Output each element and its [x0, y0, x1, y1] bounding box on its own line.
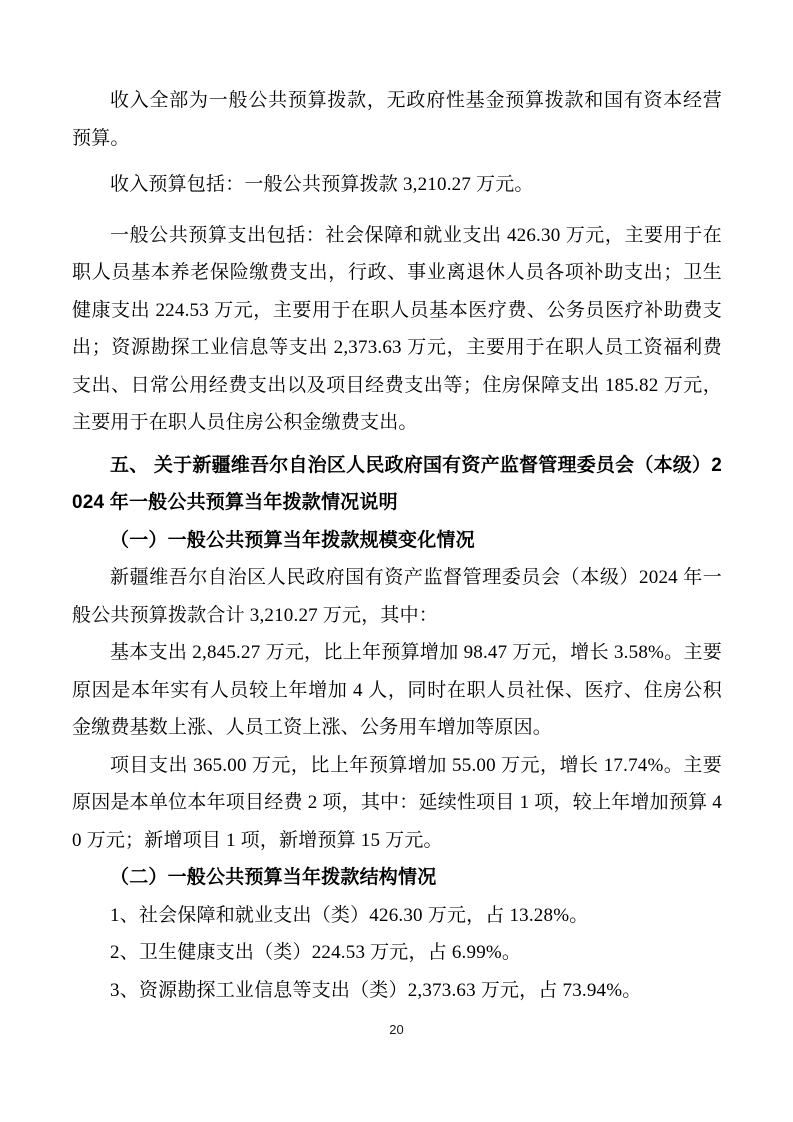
structure-item-1: 1、社会保障和就业支出（类）426.30 万元，占 13.28%。: [72, 897, 722, 935]
subsection-1-heading: （一）一般公共预算当年拨款规模变化情况: [72, 522, 722, 560]
page-number: 20: [0, 1022, 793, 1038]
document-body: 收入全部为一般公共预算拨款，无政府性基金预算拨款和国有资本经营预算。 收入预算包…: [0, 0, 793, 1009]
section-5-heading: 五、 关于新疆维吾尔自治区人民政府国有资产监督管理委员会（本级）2024 年一般…: [72, 447, 722, 522]
paragraph-income-source: 收入全部为一般公共预算拨款，无政府性基金预算拨款和国有资本经营预算。: [72, 82, 722, 157]
paragraph-basic-expense: 基本支出 2,845.27 万元，比上年预算增加 98.47 万元，增长 3.5…: [72, 634, 722, 747]
document-page: 收入全部为一般公共预算拨款，无政府性基金预算拨款和国有资本经营预算。 收入预算包…: [0, 0, 793, 1122]
paragraph-income-budget: 收入预算包括：一般公共预算拨款 3,210.27 万元。: [72, 166, 722, 204]
structure-item-2: 2、卫生健康支出（类）224.53 万元，占 6.99%。: [72, 934, 722, 972]
paragraph-total-appropriation: 新疆维吾尔自治区人民政府国有资产监督管理委员会（本级）2024 年一般公共预算拨…: [72, 559, 722, 634]
subsection-2-heading: （二）一般公共预算当年拨款结构情况: [72, 859, 722, 897]
paragraph-project-expense: 项目支出 365.00 万元，比上年预算增加 55.00 万元，增长 17.74…: [72, 747, 722, 860]
structure-item-3: 3、资源勘探工业信息等支出（类）2,373.63 万元，占 73.94%。: [72, 972, 722, 1010]
paragraph-expense-detail: 一般公共预算支出包括：社会保障和就业支出 426.30 万元，主要用于在职人员基…: [72, 217, 722, 442]
